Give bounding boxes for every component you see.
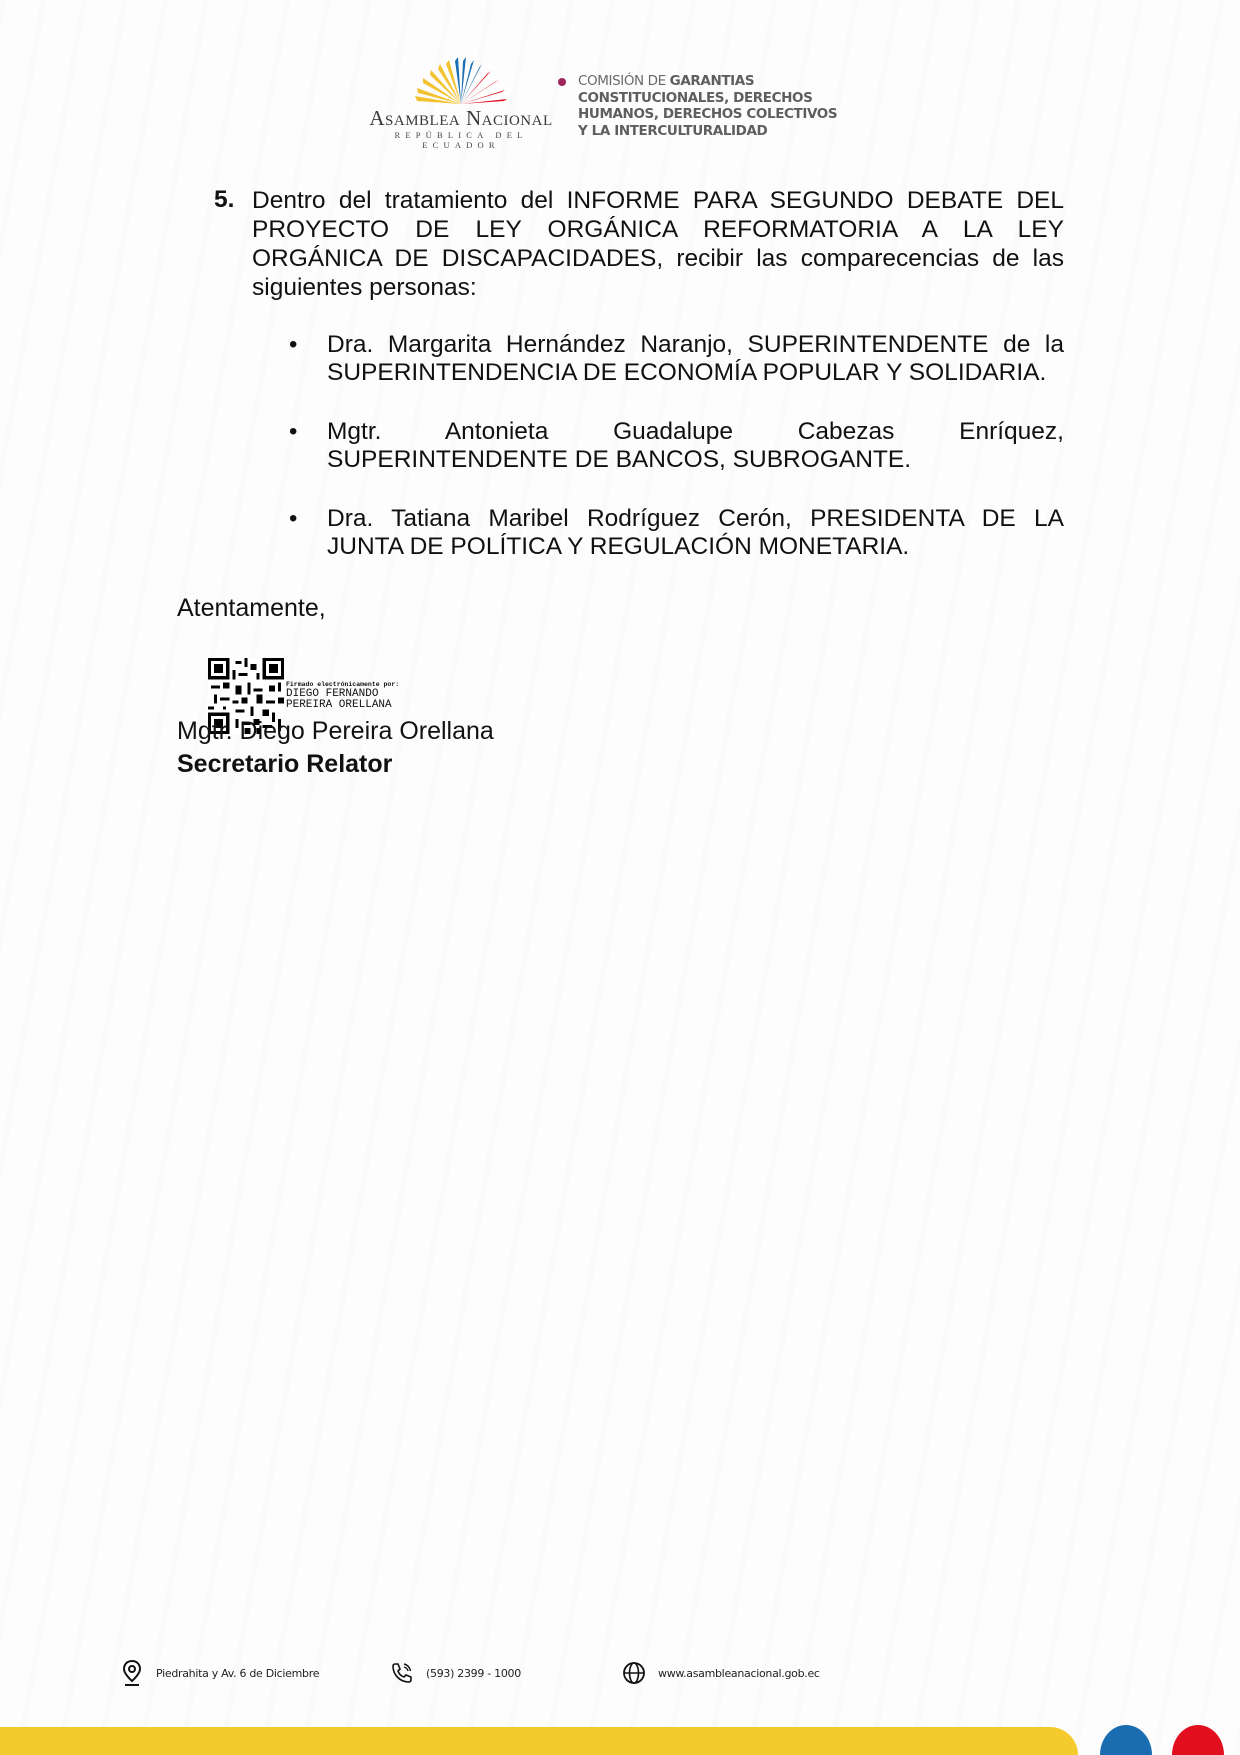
commission-name: COMISIÓN DE GARANTIAS CONSTITUCIONALES, … <box>578 73 898 139</box>
signer-role: Secretario Relator <box>177 750 392 779</box>
footer-website[interactable]: www.asambleanacional.gob.ec <box>622 1658 820 1688</box>
signer-name: Mgtr. Diego Pereira Orellana <box>177 717 494 746</box>
attendee-list: Dra. Margarita Hernández Naranjo, SUPERI… <box>327 331 1064 592</box>
asamblea-logo: Asamblea Nacional REPÚBLICA DEL ECUADOR <box>356 56 566 146</box>
sunburst-logo-icon <box>411 56 511 106</box>
letterhead: Asamblea Nacional REPÚBLICA DEL ECUADOR … <box>356 56 896 146</box>
logo-subtitle: REPÚBLICA DEL ECUADOR <box>356 130 566 150</box>
electronic-signature-stamp: Firmado electrónicamente por: DIEGO FERN… <box>286 681 399 711</box>
footer-phone: (593) 2399 - 1000 <box>390 1658 521 1688</box>
footer-blue-semicircle <box>1100 1725 1152 1755</box>
map-pin-icon <box>120 1658 144 1688</box>
closing-salutation: Atentamente, <box>177 594 326 623</box>
list-item: Dra. Tatiana Maribel Rodríguez Cerón, PR… <box>327 505 1064 561</box>
phone-icon <box>390 1658 414 1688</box>
logo-title: Asamblea Nacional <box>356 106 566 131</box>
commission-dot-icon <box>558 78 566 86</box>
globe-icon <box>622 1658 646 1688</box>
item-number: 5. <box>214 186 234 214</box>
footer-contact: Piedrahita y Av. 6 de Diciembre (593) 23… <box>0 1658 1240 1698</box>
list-item: Mgtr. Antonieta Guadalupe Cabezas Enríqu… <box>327 418 1064 474</box>
footer-address: Piedrahita y Av. 6 de Diciembre <box>120 1658 319 1688</box>
item-paragraph: Dentro del tratamiento del INFORME PARA … <box>252 186 1064 302</box>
footer-red-semicircle <box>1172 1725 1224 1755</box>
list-item: Dra. Margarita Hernández Naranjo, SUPERI… <box>327 331 1064 387</box>
footer-yellow-bar <box>0 1727 1078 1755</box>
